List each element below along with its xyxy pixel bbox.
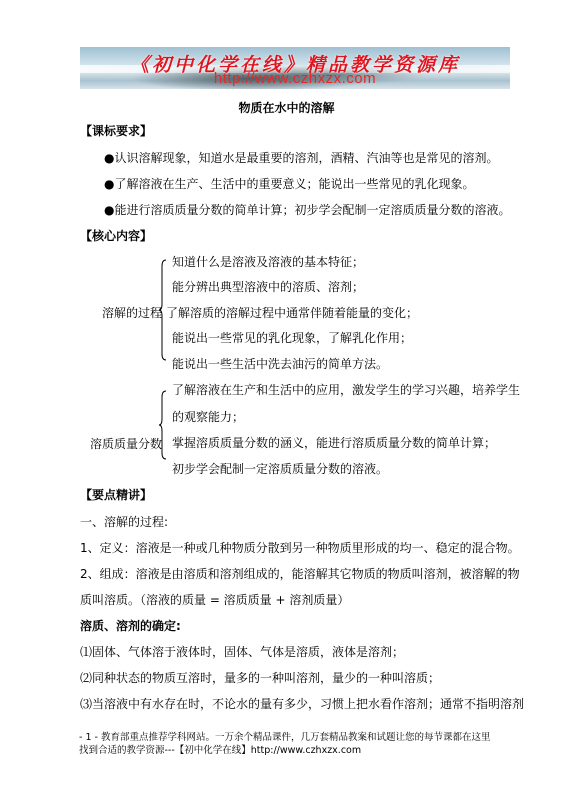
core-item: 能说出一些生活中洗去油污的简单方法。 — [172, 357, 388, 371]
core-item: 初步学会配制一定溶质质量分数的溶液。 — [172, 462, 388, 476]
curriculum-bullet: ●了解溶液在生产、生活中的重要意义；能说出一些常见的乳化现象。 — [104, 177, 474, 191]
core-item: 知道什么是溶液及溶液的基本特征； — [172, 255, 364, 269]
core-item: 了解溶质的溶解过程中通常伴随着能量的变化； — [166, 306, 418, 320]
subheading-dissolution-process: 一、溶解的过程: — [80, 515, 168, 529]
section-heading-key-points: 【要点精讲】 — [80, 488, 152, 502]
page-footer: - 1 - 教育部重点推荐学科网站。一万余个精品课件，几万套精品教案和试题让您的… — [79, 731, 490, 757]
rule-item: ⑶当溶液中有水存在时，不论水的量有多少，习惯上把水看作溶剂；通常不指明溶剂 — [80, 697, 524, 711]
core-item: 的观察能力； — [172, 410, 244, 424]
paragraph: 2、组成：溶液是由溶质和溶剂组成的，能溶解其它物质的物质叫溶剂，被溶解的物 — [80, 567, 520, 581]
rule-item: ⑵同种状态的物质互溶时，量多的一种叫溶剂，量少的一种叫溶质； — [80, 671, 440, 685]
brace-icon — [158, 389, 172, 461]
core-item: 了解溶液在生产和生活中的应用，激发学生的学习兴趣，培养学生 — [172, 383, 520, 397]
core-item: 能分辨出典型溶液中的溶质、溶剂； — [172, 280, 364, 294]
banner-url[interactable]: http://www.czhxzx.com — [80, 70, 510, 87]
paragraph: 1、定义：溶液是一种或几种物质分散到另一种物质里形成的均一、稳定的混合物。 — [80, 541, 520, 555]
core-item: 能说出一些常见的乳化现象，了解乳化作用； — [172, 331, 412, 345]
core-item: 掌握溶质质量分数的涵义，能进行溶质质量分数的简单计算； — [172, 436, 496, 450]
curriculum-bullet: ●认识溶解现象，知道水是最重要的溶剂，酒精、汽油等也是常见的溶剂。 — [104, 151, 498, 165]
document-title: 物质在水中的溶解 — [0, 99, 573, 116]
group-label-mass-fraction: 溶质质量分数 — [90, 437, 162, 451]
rule-item: ⑴固体、气体溶于液体时，固体、气体是溶质，液体是溶剂； — [80, 645, 404, 659]
paragraph: 质叫溶质。（溶液的质量 = 溶质质量 + 溶剂质量） — [80, 593, 349, 607]
section-heading-core: 【核心内容】 — [80, 229, 152, 243]
footer-line-1: - 1 - 教育部重点推荐学科网站。一万余个精品课件，几万套精品教案和试题让您的… — [79, 731, 490, 744]
site-banner[interactable]: 《初中化学在线》精品教学资源库 http://www.czhxzx.com — [80, 47, 510, 89]
determination-heading: 溶质、溶剂的确定: — [80, 619, 181, 633]
footer-line-2[interactable]: 找到合适的教学资源---【初中化学在线】http://www.czhxzx.co… — [79, 744, 490, 757]
curriculum-bullet: ●能进行溶质质量分数的简单计算；初步学会配制一定溶质质量分数的溶液。 — [104, 203, 510, 217]
group-label-dissolution: 溶解的过程 — [102, 306, 162, 320]
section-heading-curriculum: 【课标要求】 — [80, 124, 152, 138]
